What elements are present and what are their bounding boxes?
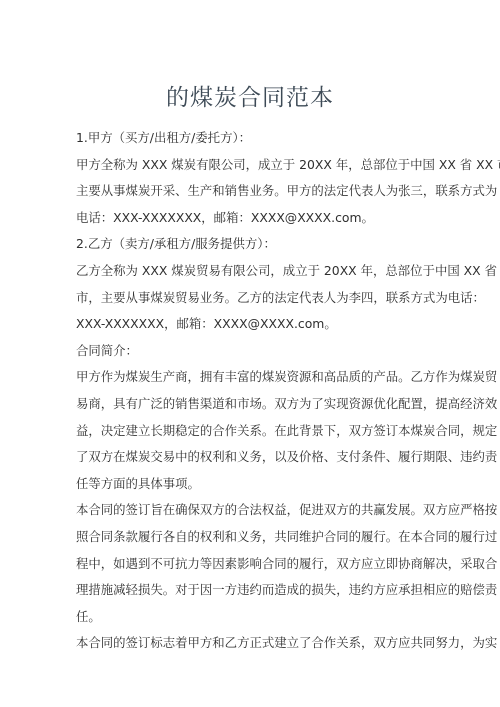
text-line: 益，决定建立长期稳定的合作关系。在此背景下，双方签订本煤炭合同，规定 [76, 418, 426, 445]
party-b-detail: 乙方全称为 XXX 煤炭贸易有限公司，成立于 20XX 年，总部位于中国 XX … [76, 258, 426, 338]
document-page: 的煤炭合同范本 1.甲方（买方/出租方/委托方）： 甲方全称为 XXX 煤炭有限… [0, 0, 500, 707]
text-line: 本合同的签订标志着甲方和乙方正式建立了合作关系，双方应共同努力，为实 [76, 630, 426, 657]
text-line: 了双方在煤炭交易中的权利和义务，以及价格、支付条件、履行期限、违约责 [76, 444, 426, 471]
text-line: 电话：XXX-XXXXXXX，邮箱：XXXX@XXXX.com。 [76, 205, 426, 232]
text-line: 照合同条款履行各自的权利和义务，共同维护合同的履行。在本合同的履行过 [76, 524, 426, 551]
text-line: 本合同的签订旨在确保双方的合法权益，促进双方的共赢发展。双方应严格按 [76, 497, 426, 524]
text-line: 理措施减轻损失。对于因一方违约而造成的损失，违约方应承担相应的赔偿责 [76, 577, 426, 604]
text-line: XXX-XXXXXXX，邮箱：XXXX@XXXX.com。 [76, 311, 426, 338]
text-line: 市，主要从事煤炭贸易业务。乙方的法定代表人为李四，联系方式为电话： [76, 285, 426, 312]
text-line: 主要从事煤炭开采、生产和销售业务。甲方的法定代表人为张三，联系方式为 [76, 178, 426, 205]
intro-detail: 甲方作为煤炭生产商，拥有丰富的煤炭资源和高品质的产品。乙方作为煤炭贸 易商，具有… [76, 364, 426, 497]
purpose-detail: 本合同的签订旨在确保双方的合法权益，促进双方的共赢发展。双方应严格按 照合同条款… [76, 497, 426, 630]
text-line: 程中，如遇到不可抗力等因素影响合同的履行，双方应立即协商解决，采取合 [76, 551, 426, 578]
text-line: 甲方全称为 XXX 煤炭有限公司，成立于 20XX 年，总部位于中国 XX 省 … [76, 152, 426, 179]
intro-heading: 合同简介： [76, 338, 426, 365]
text-line: 1.甲方（买方/出租方/委托方）： [76, 125, 426, 152]
text-line: 甲方作为煤炭生产商，拥有丰富的煤炭资源和高品质的产品。乙方作为煤炭贸 [76, 364, 426, 391]
party-a-detail: 甲方全称为 XXX 煤炭有限公司，成立于 20XX 年，总部位于中国 XX 省 … [76, 152, 426, 232]
text-line: 任等方面的具体事项。 [76, 471, 426, 498]
text-line: 2.乙方（卖方/承租方/服务提供方）： [76, 231, 426, 258]
text-line: 乙方全称为 XXX 煤炭贸易有限公司，成立于 20XX 年，总部位于中国 XX … [76, 258, 426, 285]
text-line: 合同简介： [76, 338, 426, 365]
document-title: 的煤炭合同范本 [0, 82, 500, 114]
document-body: 1.甲方（买方/出租方/委托方）： 甲方全称为 XXX 煤炭有限公司，成立于 2… [76, 125, 426, 657]
party-a-heading: 1.甲方（买方/出租方/委托方）： [76, 125, 426, 152]
closing-detail: 本合同的签订标志着甲方和乙方正式建立了合作关系，双方应共同努力，为实 [76, 630, 426, 657]
text-line: 易商，具有广泛的销售渠道和市场。双方为了实现资源优化配置，提高经济效 [76, 391, 426, 418]
text-line: 任。 [76, 604, 426, 631]
party-b-heading: 2.乙方（卖方/承租方/服务提供方）： [76, 231, 426, 258]
